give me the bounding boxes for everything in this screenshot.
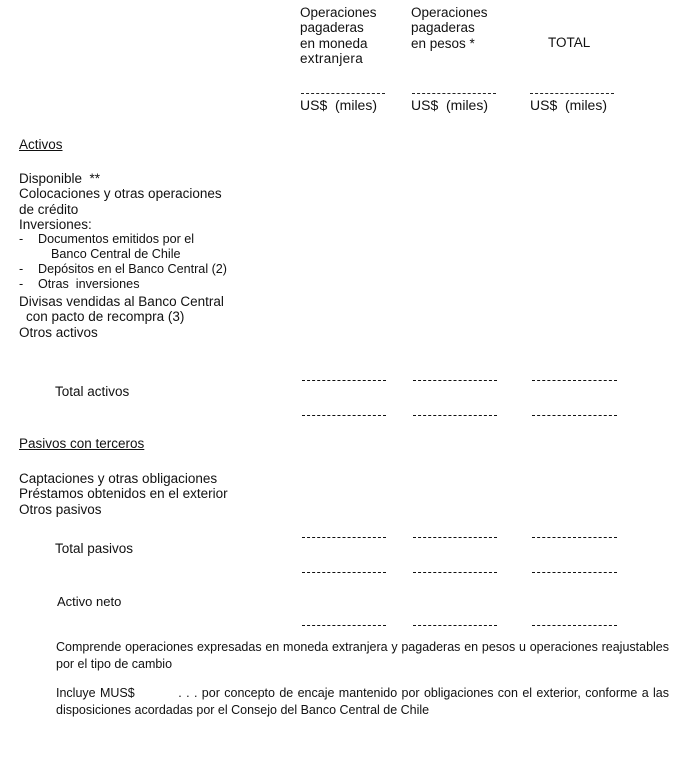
row-label-colocaciones: Colocaciones y otras operaciones bbox=[19, 186, 222, 201]
row-label-otros-pasivos: Otros pasivos bbox=[19, 502, 228, 517]
sum-rule bbox=[302, 625, 386, 626]
row-label-total-pasivos: Total pasivos bbox=[55, 541, 133, 556]
header-line: en moneda bbox=[300, 36, 377, 51]
sum-rule bbox=[413, 572, 497, 573]
row-label-activo-neto: Activo neto bbox=[57, 594, 121, 609]
row-label-prestamos: Préstamos obtenidos en el exterior bbox=[19, 486, 228, 501]
column-unit: US$ (miles) bbox=[530, 97, 607, 113]
row-label-total-activos: Total activos bbox=[55, 384, 129, 399]
row-label-otros-activos: Otros activos bbox=[19, 325, 224, 340]
activos-items: Disponible ** Colocaciones y otras opera… bbox=[19, 171, 222, 233]
sum-rule bbox=[413, 537, 497, 538]
header-rule bbox=[530, 93, 614, 94]
bullet: - bbox=[19, 232, 38, 247]
sum-rule bbox=[302, 572, 386, 573]
subitem-text: Otras inversiones bbox=[38, 277, 140, 291]
section-title-pasivos: Pasivos con terceros bbox=[19, 436, 144, 451]
header-line: extranjera bbox=[300, 51, 377, 66]
header-rule bbox=[301, 93, 385, 94]
bullet: - bbox=[19, 277, 38, 292]
column-header-total: TOTAL bbox=[548, 35, 590, 50]
row-label-disponible: Disponible ** bbox=[19, 171, 222, 186]
sum-rule bbox=[302, 415, 386, 416]
header-rule bbox=[412, 93, 496, 94]
column-unit: US$ (miles) bbox=[411, 97, 488, 113]
divisas-row: Divisas vendidas al Banco Central con pa… bbox=[19, 294, 224, 340]
column-header-pesos: Operaciones pagaderas en pesos * bbox=[411, 5, 488, 51]
subitem-text: Depósitos en el Banco Central (2) bbox=[38, 262, 227, 276]
sum-rule bbox=[532, 380, 617, 381]
row-label-divisas: Divisas vendidas al Banco Central bbox=[19, 294, 224, 309]
header-line: en pesos * bbox=[411, 36, 488, 51]
sum-rule bbox=[302, 380, 386, 381]
subitem-otras: -Otras inversiones bbox=[19, 277, 227, 292]
subitem-documentos: -Documentos emitidos por el bbox=[19, 232, 227, 247]
subitem-text: Documentos emitidos por el bbox=[38, 232, 194, 246]
sum-rule bbox=[413, 415, 497, 416]
section-title-activos: Activos bbox=[19, 137, 63, 152]
row-label-divisas-cont: con pacto de recompra (3) bbox=[19, 309, 224, 324]
sum-rule bbox=[413, 380, 497, 381]
subitem-depositos: -Depósitos en el Banco Central (2) bbox=[19, 262, 227, 277]
header-line: pagaderas bbox=[300, 20, 377, 35]
sum-rule bbox=[532, 572, 617, 573]
footnote-2: Incluye MUS$ . . . por concepto de encaj… bbox=[56, 685, 669, 718]
header-line: TOTAL bbox=[548, 35, 590, 50]
row-label-colocaciones-cont: de crédito bbox=[19, 202, 222, 217]
sum-rule bbox=[532, 537, 617, 538]
row-label-captaciones: Captaciones y otras obligaciones bbox=[19, 471, 228, 486]
row-label-inversiones: Inversiones: bbox=[19, 217, 222, 232]
sum-rule bbox=[302, 537, 386, 538]
sum-rule bbox=[532, 625, 617, 626]
sum-rule bbox=[532, 415, 617, 416]
pasivos-items: Captaciones y otras obligaciones Préstam… bbox=[19, 471, 228, 517]
subitem-documentos-cont: Banco Central de Chile bbox=[19, 247, 227, 262]
column-header-foreign-currency: Operaciones pagaderas en moneda extranje… bbox=[300, 5, 377, 66]
bullet: - bbox=[19, 262, 38, 277]
header-line: Operaciones bbox=[300, 5, 377, 20]
sum-rule bbox=[413, 625, 497, 626]
column-unit: US$ (miles) bbox=[300, 97, 377, 113]
inversiones-subitems: -Documentos emitidos por el Banco Centra… bbox=[19, 232, 227, 292]
footnote-1: Comprende operaciones expresadas en mone… bbox=[56, 639, 669, 672]
header-line: Operaciones bbox=[411, 5, 488, 20]
header-line: pagaderas bbox=[411, 20, 488, 35]
